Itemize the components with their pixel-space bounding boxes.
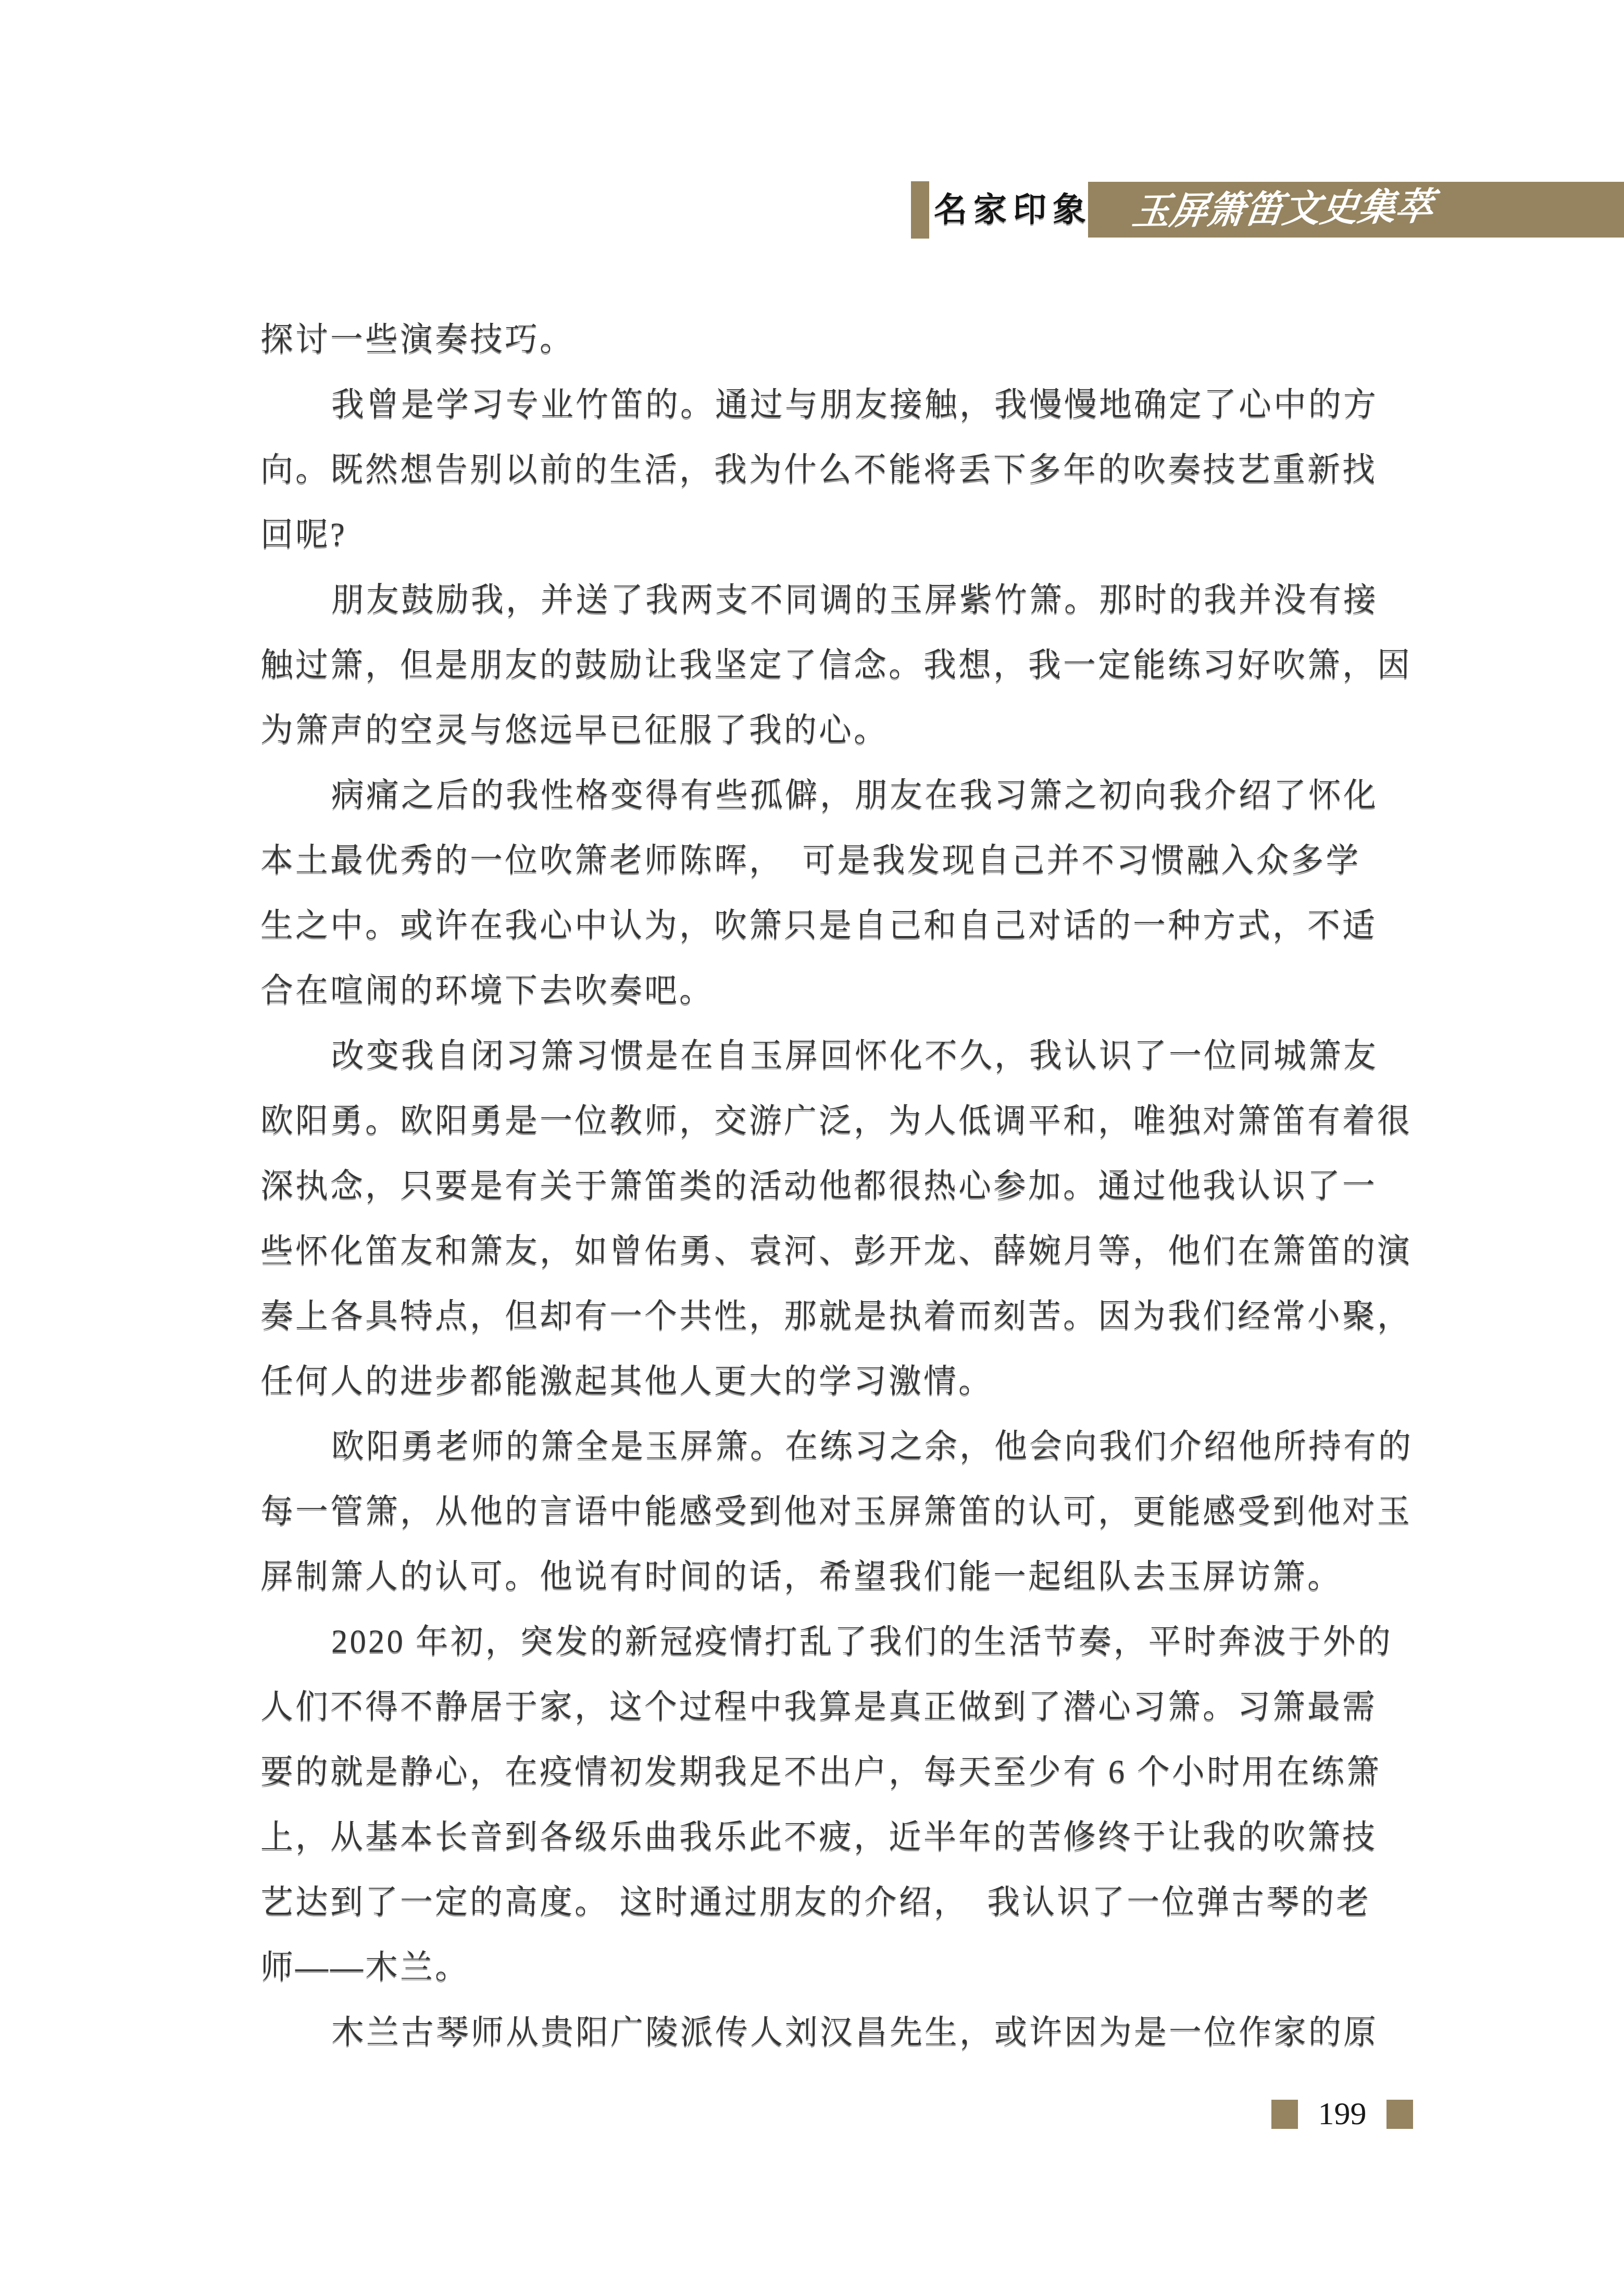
text-line: 我曾是学习专业竹笛的。通过与朋友接触，我慢慢地确定了心中的方 [260, 372, 1401, 437]
text-line: 师——木兰。 [260, 1935, 1401, 2000]
text-line: 合在喧闹的环境下去吹奏吧。 [260, 958, 1401, 1023]
footer-ornament-right [1386, 2100, 1413, 2129]
text-line: 每一管箫，从他的言语中能感受到他对玉屏箫笛的认可，更能感受到他对玉 [260, 1479, 1401, 1544]
text-line: 奏上各具特点，但却有一个共性，那就是执着而刻苦。因为我们经常小聚， [260, 1283, 1401, 1349]
text-line: 朋友鼓励我，并送了我两支不同调的玉屏紫竹箫。那时的我并没有接 [260, 567, 1401, 632]
text-line: 改变我自闭习箫习惯是在自玉屏回怀化不久，我认识了一位同城箫友 [260, 1023, 1401, 1088]
text-line: 探讨一些演奏技巧。 [260, 307, 1401, 372]
text-line: 为箫声的空灵与悠远早已征服了我的心。 [260, 697, 1401, 763]
book-title-calligraphy: 玉屏箫笛文史集萃 [1129, 182, 1436, 237]
text-line: 回呢? [260, 502, 1401, 567]
text-line: 屏制箫人的认可。他说有时间的话，希望我们能一起组队去玉屏访箫。 [260, 1544, 1401, 1609]
text-line: 人们不得不静居于家，这个过程中我算是真正做到了潜心习箫。习箫最需 [260, 1674, 1401, 1739]
text-line: 生之中。或许在我心中认为，吹箫只是自己和自己对话的一种方式，不适 [260, 893, 1401, 958]
text-line: 2020 年初，突发的新冠疫情打乱了我们的生活节奏，平时奔波于外的 [260, 1609, 1401, 1674]
text-line: 要的就是静心，在疫情初发期我足不出户，每天至少有 6 个小时用在练箫 [260, 1739, 1401, 1804]
text-line: 些怀化笛友和箫友，如曾佑勇、袁河、彭开龙、薛婉月等，他们在箫笛的演 [260, 1218, 1401, 1283]
text-line: 本土最优秀的一位吹箫老师陈晖， 可是我发现自己并不习惯融入众多学 [260, 828, 1401, 893]
text-line: 木兰古琴师从贵阳广陵派传人刘汉昌先生，或许因为是一位作家的原 [260, 2000, 1401, 2065]
text-line: 深执念，只要是有关于箫笛类的活动他都很热心参加。通过他我认识了一 [260, 1153, 1401, 1218]
section-label: 名家印象 [934, 182, 1092, 238]
text-line: 艺达到了一定的高度。 这时通过朋友的介绍， 我认识了一位弹古琴的老 [260, 1869, 1401, 1935]
page-number: 199 [1298, 2098, 1386, 2130]
text-line: 向。既然想告别以前的生活，我为什么不能将丢下多年的吹奏技艺重新找 [260, 437, 1401, 502]
text-line: 欧阳勇老师的箫全是玉屏箫。在练习之余，他会向我们介绍他所持有的 [260, 1414, 1401, 1479]
text-line: 欧阳勇。欧阳勇是一位教师，交游广泛，为人低调平和，唯独对箫笛有着很 [260, 1088, 1401, 1153]
text-line: 任何人的进步都能激起其他人更大的学习激情。 [260, 1349, 1401, 1414]
header-title-band: 玉屏箫笛文史集萃 [1088, 182, 1624, 238]
header-accent-bar [911, 181, 929, 239]
text-line: 上，从基本长音到各级乐曲我乐此不疲，近半年的苦修终于让我的吹箫技 [260, 1804, 1401, 1869]
text-line: 触过箫，但是朋友的鼓励让我坚定了信念。我想，我一定能练习好吹箫，因 [260, 632, 1401, 697]
footer-ornament-left [1271, 2100, 1298, 2129]
article-body: 探讨一些演奏技巧。我曾是学习专业竹笛的。通过与朋友接触，我慢慢地确定了心中的方向… [260, 307, 1401, 2065]
text-line: 病痛之后的我性格变得有些孤僻，朋友在我习箫之初向我介绍了怀化 [260, 763, 1401, 828]
book-page: { "theme": { "accent_brown": "#95845f", … [0, 0, 1624, 2269]
